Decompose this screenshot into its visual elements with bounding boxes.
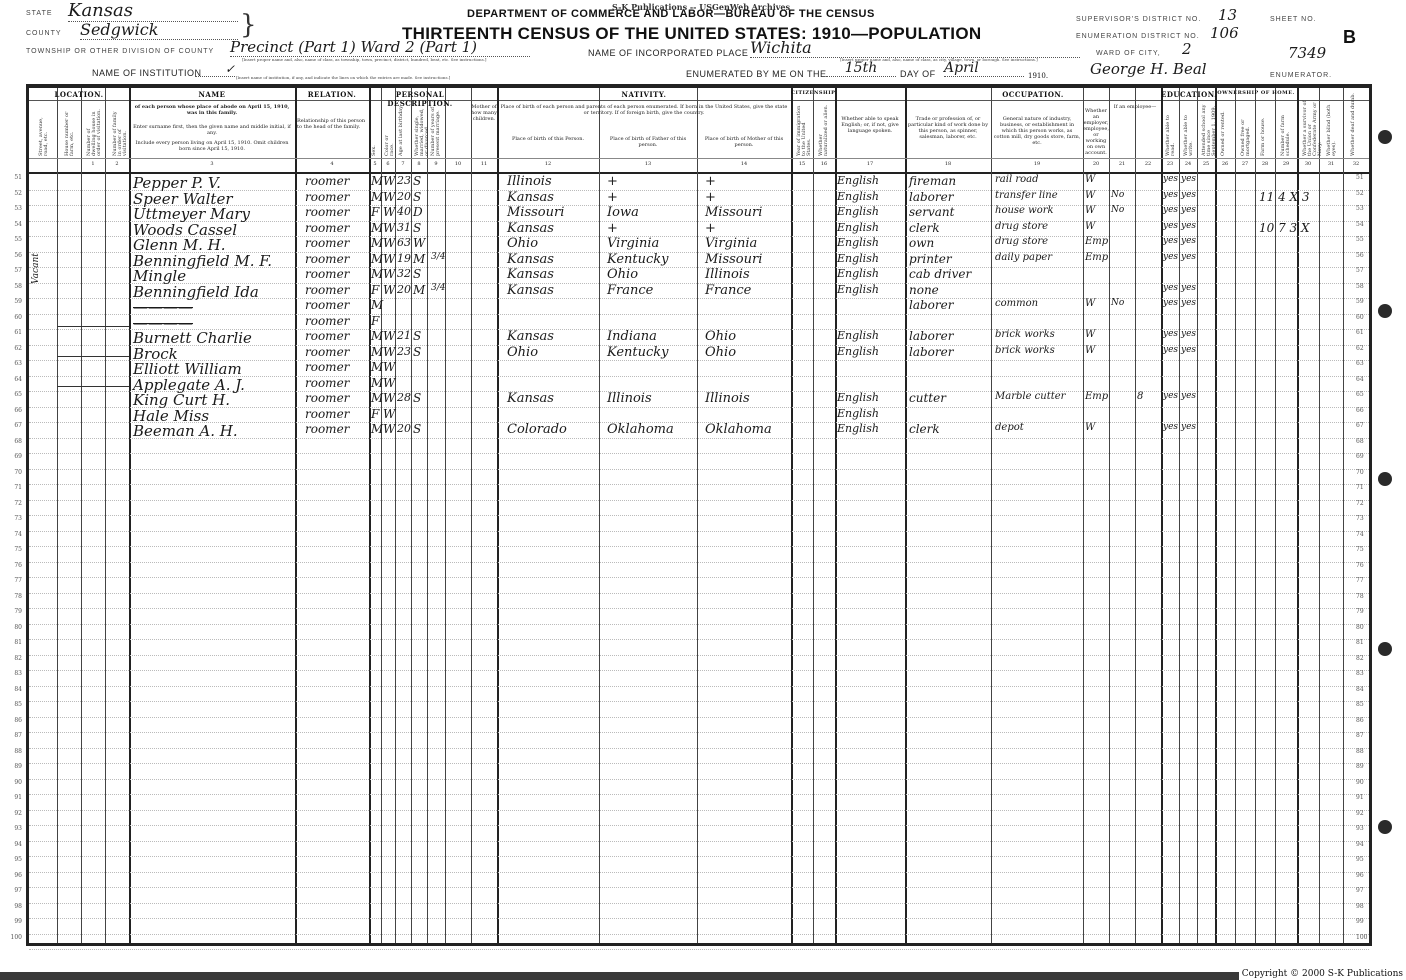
line-number: 98	[2, 903, 22, 910]
relation-cell: roomer	[305, 360, 349, 374]
mother-of: Mother of how many children.	[471, 104, 497, 122]
line-number: 94	[2, 841, 22, 848]
father-birth-cell: Virginia	[607, 236, 659, 251]
industry-cell: rail road	[995, 174, 1038, 185]
line-number: 63	[1356, 360, 1376, 367]
language-cell: English	[837, 283, 879, 296]
out-of-work-cell: No	[1111, 205, 1124, 215]
section-relation: RELATION.	[295, 90, 369, 99]
mother-birth-cell: France	[705, 283, 751, 298]
employer-cell: W	[1085, 221, 1095, 232]
mother-birth-cell: Illinois	[705, 267, 750, 282]
supervisor-label: SUPERVISOR'S DISTRICT NO.	[1076, 16, 1201, 23]
section-occupation: OCCUPATION.	[905, 90, 1161, 99]
line-number: 79	[1356, 608, 1376, 615]
row-line	[29, 624, 1369, 625]
sex-cell: M	[371, 345, 383, 359]
line-number: 100	[2, 934, 22, 941]
father-birth-cell: Oklahoma	[607, 422, 674, 437]
colnum: 12	[497, 161, 599, 167]
mother-birth-cell: Missouri	[705, 205, 762, 220]
employer-cell: W	[1085, 174, 1095, 185]
age-cell: 23	[397, 345, 411, 358]
line-number: 96	[1356, 872, 1376, 879]
sex-cell: M	[371, 376, 383, 390]
marital-cell: S	[413, 267, 421, 281]
colnum: 29	[1275, 161, 1297, 167]
ward-value: 2	[1182, 40, 1192, 58]
age-cell: 40	[397, 205, 411, 218]
colnum: 28	[1255, 161, 1275, 167]
line-number: 62	[2, 345, 22, 352]
employer-cell: Emp	[1085, 252, 1108, 263]
line-number: 99	[1356, 918, 1376, 925]
line-number: 74	[2, 531, 22, 538]
row-line	[29, 500, 1369, 501]
relation-cell: roomer	[305, 329, 349, 343]
mother-birth-cell: Virginia	[705, 236, 757, 251]
vheader-sex: Sex.	[372, 138, 377, 156]
row-line	[29, 779, 1369, 780]
row-line	[29, 484, 1369, 485]
department-heading: DEPARTMENT OF COMMERCE AND LABOR—BUREAU …	[467, 8, 875, 20]
line-number: 79	[2, 608, 22, 615]
colnum: 18	[905, 161, 991, 167]
line-number: 80	[1356, 624, 1376, 631]
race-cell: W	[383, 190, 395, 204]
line-number: 95	[2, 856, 22, 863]
birth-mother-header: Place of birth of Mother of this person.	[699, 136, 789, 148]
line-number: 92	[2, 810, 22, 817]
table-row: Beeman A. H.roomerMW20SColoradoOklahomaO…	[29, 422, 1369, 438]
father-birth-cell: Iowa	[607, 205, 639, 220]
colnum: 30	[1297, 161, 1319, 167]
line-number: 67	[1356, 422, 1376, 429]
line-number: 61	[2, 329, 22, 336]
line-number: 57	[1356, 267, 1376, 274]
sex-cell: M	[371, 267, 383, 281]
trade-cell: fireman	[909, 174, 956, 188]
line-number: 100	[1356, 934, 1376, 941]
marital-cell: D	[413, 205, 423, 219]
race-cell: W	[383, 329, 395, 343]
vheader-read: Whether able to read.	[1166, 102, 1176, 156]
line-number: 60	[2, 314, 22, 321]
colnum: 32	[1343, 161, 1369, 167]
write-cell: yes	[1181, 283, 1196, 293]
row-line	[29, 701, 1369, 702]
vheader-street: Street, avenue, road, etc.	[39, 108, 49, 156]
line-number: 93	[1356, 825, 1376, 832]
line-number: 95	[1356, 856, 1376, 863]
marital-cell: S	[413, 329, 421, 343]
write-cell: yes	[1181, 298, 1196, 308]
line-number: 88	[1356, 748, 1376, 755]
row-line	[29, 515, 1369, 516]
row-line	[29, 856, 1369, 857]
colnum: 3	[129, 161, 295, 167]
row-line	[29, 469, 1369, 470]
line-number: 69	[1356, 453, 1376, 460]
line-number: 66	[2, 407, 22, 414]
line-number: 86	[2, 717, 22, 724]
read-cell: yes	[1163, 422, 1178, 432]
colnum: 7	[395, 161, 411, 167]
line-number: 58	[1356, 283, 1376, 290]
enumerated-label: ENUMERATED BY ME ON THE	[686, 69, 827, 79]
relation-cell: roomer	[305, 283, 349, 297]
line-number: 73	[1356, 515, 1376, 522]
line-number: 89	[2, 763, 22, 770]
line-number: 75	[2, 546, 22, 553]
sheet-number: 7349	[1288, 44, 1326, 62]
employer-cell: W	[1085, 422, 1095, 433]
line-number: 69	[2, 453, 22, 460]
trade-cell: laborer	[909, 298, 953, 312]
colnum: 4	[295, 161, 369, 167]
line-number: 82	[1356, 655, 1376, 662]
line-number: 88	[2, 748, 22, 755]
colnum-line	[29, 158, 1369, 159]
language-cell: English	[837, 329, 879, 342]
years-married-cell: 3/4	[431, 283, 445, 293]
row-line	[29, 903, 1369, 904]
industry-cell: brick works	[995, 345, 1055, 356]
father-birth-cell: Ohio	[607, 267, 638, 282]
margin-bracket	[57, 356, 129, 357]
mother-birth-cell: +	[705, 190, 716, 205]
punch-hole	[1378, 642, 1392, 656]
line-number: 97	[2, 887, 22, 894]
line-number: 72	[2, 500, 22, 507]
incorporated-label: NAME OF INCORPORATED PLACE	[588, 48, 748, 58]
margin-bracket	[57, 326, 129, 327]
line-number: 99	[2, 918, 22, 925]
sex-cell: F	[371, 205, 379, 219]
read-cell: yes	[1163, 345, 1178, 355]
trade-cell: own	[909, 236, 934, 250]
english-header: Whether able to speak English; or, if no…	[837, 116, 903, 134]
read-cell: yes	[1163, 298, 1178, 308]
vheader-mortgaged: Owned free or mortgaged.	[1241, 102, 1251, 156]
margin-note-vacant: Vacant	[31, 253, 41, 284]
age-cell: 20	[397, 422, 411, 435]
relation-cell: roomer	[305, 252, 349, 266]
trade-cell: clerk	[909, 221, 940, 235]
line-number: 55	[1356, 236, 1376, 243]
language-cell: English	[837, 190, 879, 203]
line-number: 76	[1356, 562, 1376, 569]
read-cell: yes	[1163, 174, 1178, 184]
misc-cell: 11 4 X 3	[1259, 190, 1310, 204]
sex-cell: F	[371, 407, 379, 421]
colnum: 14	[697, 161, 791, 167]
mother-birth-cell: Ohio	[705, 345, 736, 360]
table-row: ————roomerF	[29, 314, 1369, 330]
state-value: Kansas	[68, 0, 238, 22]
line-number: 90	[2, 779, 22, 786]
line-number: 87	[2, 732, 22, 739]
marital-cell: S	[413, 221, 421, 235]
father-birth-cell: Illinois	[607, 391, 652, 406]
vheader-dwelling: Number of dwelling house in order of vis…	[87, 108, 102, 156]
line-number: 91	[1356, 794, 1376, 801]
line-number: 58	[2, 283, 22, 290]
row-line	[29, 918, 1369, 919]
section-nativity: NATIVITY.	[497, 90, 791, 99]
birth-place-cell: Illinois	[507, 174, 552, 189]
trade-cell: laborer	[909, 345, 953, 359]
row-line	[29, 841, 1369, 842]
sex-cell: M	[371, 298, 383, 312]
write-cell: yes	[1181, 422, 1196, 432]
mother-birth-cell: Oklahoma	[705, 422, 772, 437]
vheader-deaf: Whether deaf and dumb.	[1351, 92, 1356, 156]
colnum: 9	[427, 161, 445, 167]
row-line	[29, 562, 1369, 563]
sex-cell: M	[371, 221, 383, 235]
mother-birth-cell: Ohio	[705, 329, 736, 344]
margin-bracket	[57, 386, 129, 387]
year-label: 1910.	[1028, 72, 1048, 80]
language-cell: English	[837, 267, 879, 280]
colnum: 1	[81, 161, 105, 167]
vheader-race: Color or race.	[385, 128, 395, 156]
row-line	[29, 717, 1369, 718]
write-cell: yes	[1181, 174, 1196, 184]
if-employee-header: If an employee—	[1109, 104, 1161, 110]
race-cell: W	[383, 422, 395, 436]
birth-place-cell: Kansas	[507, 190, 554, 205]
line-number: 56	[1356, 252, 1376, 259]
write-cell: yes	[1181, 205, 1196, 215]
row-line	[29, 577, 1369, 578]
race-cell: W	[383, 391, 395, 405]
sex-cell: M	[371, 329, 383, 343]
relation-cell: roomer	[305, 190, 349, 204]
birth-place-cell: Kansas	[507, 267, 554, 282]
employer-cell: Emp	[1085, 391, 1108, 402]
table-row: MingleroomerMW32SKansasOhioIllinoisEngli…	[29, 267, 1369, 283]
line-number: 52	[2, 190, 22, 197]
industry-cell: house work	[995, 205, 1054, 216]
line-number: 64	[1356, 376, 1376, 383]
enumerated-month: April	[944, 60, 1024, 77]
colnum: 31	[1319, 161, 1343, 167]
employer-header: Whether an employer, employee, or workin…	[1083, 108, 1109, 156]
line-number: 56	[2, 252, 22, 259]
age-cell: 23	[397, 174, 411, 187]
vheader-farm-house: Farm or house.	[1261, 102, 1266, 156]
colnum: 22	[1135, 161, 1161, 167]
trade-cell: laborer	[909, 190, 953, 204]
colnum: 25	[1197, 161, 1215, 167]
line-number: 61	[1356, 329, 1376, 336]
line-number: 97	[1356, 887, 1376, 894]
table-row: Uttmeyer MaryroomerFW40DMissouriIowaMiss…	[29, 205, 1369, 221]
race-cell: W	[383, 345, 395, 359]
trade-cell: cab driver	[909, 267, 971, 281]
line-number: 62	[1356, 345, 1376, 352]
institution-label: NAME OF INSTITUTION	[92, 68, 202, 78]
race-cell: W	[383, 205, 395, 219]
vheader-marital: Whether single, married, widowed, or div…	[415, 102, 430, 156]
trade-cell: clerk	[909, 422, 940, 436]
row-line	[29, 748, 1369, 749]
relation-desc: Relationship of this person to the head …	[297, 118, 367, 130]
line-number: 81	[2, 639, 22, 646]
line-number: 68	[1356, 438, 1376, 445]
line-number: 85	[1356, 701, 1376, 708]
birth-place-cell: Ohio	[507, 236, 538, 251]
industry-header: General nature of industry, business, or…	[993, 116, 1081, 146]
table-row: BrockroomerMW23SOhioKentuckyOhioEnglishl…	[29, 345, 1369, 361]
colnum: 5	[369, 161, 381, 167]
ed-label: ENUMERATION DISTRICT NO.	[1076, 33, 1200, 40]
birth-place-cell: Kansas	[507, 252, 554, 267]
line-number: 91	[2, 794, 22, 801]
section-location: LOCATION.	[29, 90, 129, 99]
table-row: Woods CasselroomerMW31SKansas++Englishcl…	[29, 221, 1369, 237]
colnum: 15	[791, 161, 813, 167]
language-cell: English	[837, 205, 879, 218]
row-line	[29, 639, 1369, 640]
mother-birth-cell: Illinois	[705, 391, 750, 406]
years-married-cell: 3/4	[431, 252, 445, 262]
sex-cell: M	[371, 252, 383, 266]
line-number: 52	[1356, 190, 1376, 197]
vheader-immigration: Year of immigration to the United States…	[797, 104, 812, 156]
vheader-family: Number of family in order of visitation.	[113, 108, 128, 156]
line-number: 77	[1356, 577, 1376, 584]
row-line	[29, 593, 1369, 594]
vheader-write: Whether able to write.	[1184, 102, 1194, 156]
vheader-blind: Whether blind (both eyes).	[1327, 92, 1337, 156]
section-education: EDUCATION.	[1161, 90, 1215, 99]
sex-cell: M	[371, 236, 383, 250]
trade-cell: laborer	[909, 329, 953, 343]
father-birth-cell: Kentucky	[607, 252, 669, 267]
language-cell: English	[837, 221, 879, 234]
line-number: 85	[2, 701, 22, 708]
marital-cell: S	[413, 190, 421, 204]
enumerated-day: 15th	[826, 60, 896, 77]
vheader-survivor: Whether a survivor of the Union or Confe…	[1303, 92, 1323, 156]
table-row: Glenn M. H.roomerMW63WOhioVirginiaVirgin…	[29, 236, 1369, 252]
write-cell: yes	[1181, 329, 1196, 339]
trade-cell: none	[909, 283, 939, 297]
census-form: LOCATION. NAME RELATION. PERSONAL DESCRI…	[26, 84, 1372, 946]
race-cell: W	[383, 283, 395, 297]
township-value: Precinct (Part 1) Ward 2 (Part 1)	[230, 38, 530, 57]
read-cell: yes	[1163, 190, 1178, 200]
colnum: 16	[813, 161, 835, 167]
race-cell: W	[383, 174, 395, 188]
section-divider	[29, 100, 1369, 101]
vheader-owned: Owned or rented.	[1221, 102, 1226, 156]
name-desc: of each person whose place of abode on A…	[131, 104, 293, 116]
colnum: 13	[599, 161, 697, 167]
row-line	[29, 810, 1369, 811]
section-name: NAME	[129, 90, 295, 99]
colnum: 26	[1215, 161, 1235, 167]
vheader-house: House number or farm, etc.	[65, 108, 75, 156]
trade-cell: servant	[909, 205, 954, 219]
enumerator-name: George H. Beal	[1090, 60, 1207, 78]
industry-cell: brick works	[995, 329, 1055, 340]
race-cell: W	[383, 236, 395, 250]
race-cell: W	[383, 360, 395, 374]
race-cell: W	[383, 407, 395, 421]
industry-cell: transfer line	[995, 190, 1058, 201]
employer-cell: W	[1085, 298, 1095, 309]
line-number: 78	[2, 593, 22, 600]
colnum: 10	[445, 161, 471, 167]
read-cell: yes	[1163, 283, 1178, 293]
line-number: 76	[2, 562, 22, 569]
relation-cell: roomer	[305, 298, 349, 312]
father-birth-cell: Kentucky	[607, 345, 669, 360]
supervisor-value: 13	[1218, 6, 1237, 24]
line-number: 60	[1356, 314, 1376, 321]
name-instr1: Enter surname first, then the given name…	[131, 124, 293, 136]
race-cell: W	[383, 252, 395, 266]
employer-cell: W	[1085, 205, 1095, 216]
marital-cell: S	[413, 422, 421, 436]
write-cell: yes	[1181, 391, 1196, 401]
mother-birth-cell: Missouri	[705, 252, 762, 267]
nativity-desc: Place of birth of each person and parent…	[499, 104, 789, 116]
line-number: 51	[2, 174, 22, 181]
employer-cell: W	[1085, 190, 1095, 201]
state-label: STATE	[26, 10, 53, 17]
marital-cell: W	[413, 236, 425, 250]
line-number: 83	[2, 670, 22, 677]
language-cell: English	[837, 236, 879, 249]
relation-cell: roomer	[305, 205, 349, 219]
industry-cell: drug store	[995, 236, 1048, 247]
punch-hole	[1378, 304, 1392, 318]
trade-cell: printer	[909, 252, 952, 266]
table-row: Pepper P. V.roomerMW23SIllinois++English…	[29, 174, 1369, 190]
line-number: 98	[1356, 903, 1376, 910]
line-number: 67	[2, 422, 22, 429]
line-number: 77	[2, 577, 22, 584]
marital-cell: M	[413, 252, 425, 266]
read-cell: yes	[1163, 236, 1178, 246]
ed-value: 106	[1210, 24, 1239, 42]
language-cell: English	[837, 391, 879, 404]
write-cell: yes	[1181, 236, 1196, 246]
sex-cell: M	[371, 422, 383, 436]
sex-cell: M	[371, 360, 383, 374]
vheader-school: Attended school any time since September…	[1202, 102, 1217, 156]
birth-place-cell: Colorado	[507, 422, 567, 437]
vheader-naturalized: Whether naturalized or alien.	[819, 104, 829, 156]
row-line	[29, 686, 1369, 687]
age-cell: 19	[397, 252, 411, 265]
colnum: 23	[1161, 161, 1179, 167]
misc-cell: 10 7 3 X	[1259, 221, 1310, 235]
age-cell: 31	[397, 221, 411, 234]
write-cell: yes	[1181, 221, 1196, 231]
line-number: 51	[1356, 174, 1376, 181]
out-of-work-cell: No	[1111, 190, 1124, 200]
line-number: 53	[1356, 205, 1376, 212]
vheader-years-married: Number of years of present marriage.	[431, 102, 441, 156]
colnum: 6	[381, 161, 395, 167]
age-cell: 20	[397, 283, 411, 296]
